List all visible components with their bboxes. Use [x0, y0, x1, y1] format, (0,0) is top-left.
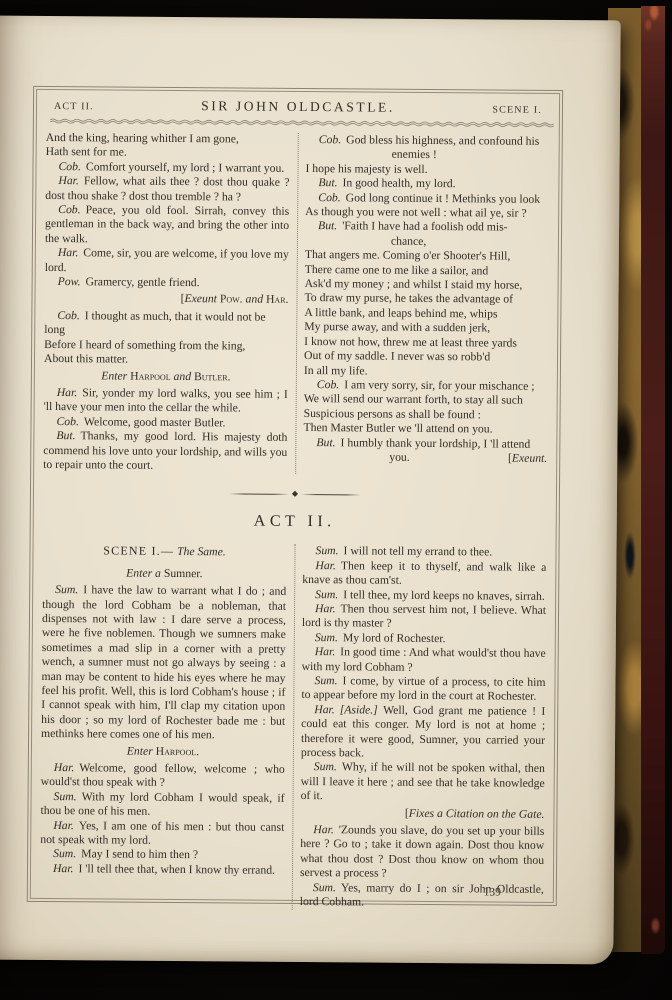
verse-speech: Cob.I thought as much, that it would not…: [44, 309, 288, 369]
speaker-abbrev: Sum.: [313, 881, 336, 894]
aside-direction: [Aside.]: [340, 703, 383, 716]
speaker-abbrev: Cob.: [58, 160, 81, 173]
italic-text: Enter a: [126, 566, 164, 579]
italic-text: Exeunt.: [512, 452, 547, 465]
top-section: And the king, hearing whither I am gone,…: [43, 131, 550, 476]
text: .: [196, 745, 199, 758]
speaker-abbrev: But.: [56, 429, 75, 442]
italic-text: Exeunt: [184, 293, 219, 306]
speaker-abbrev: Sum.: [315, 631, 338, 644]
diamond-icon: ◆: [292, 490, 298, 498]
speech-paragraph: But.Thanks, my good lord. His majesty do…: [43, 429, 287, 474]
italic-text: Enter: [127, 744, 156, 757]
speaker-abbrev: Sum.: [315, 588, 338, 601]
speaker-abbrev: Har.: [54, 761, 75, 774]
verse-line: you.: [303, 450, 410, 465]
italic-text: Fixes a Citation on the Gate.: [409, 806, 545, 820]
speaker-abbrev: Cob.: [56, 415, 79, 428]
speech-paragraph: Sum.I have the law to warrant what I do …: [41, 583, 286, 743]
bottom-section: SCENE I.— The Same.Enter a Sumner.Sum.I …: [40, 542, 547, 911]
speech-paragraph: Har.'Zounds you slave, do you set up you…: [300, 823, 544, 883]
column-divider: [295, 133, 299, 474]
speech-paragraph: Har.Welcome, good fellow, welcome ; who …: [41, 761, 285, 792]
speech-paragraph: Pow.Gramercy, gentle friend.: [45, 275, 289, 291]
speaker-abbrev: Cob.: [57, 309, 80, 322]
speaker-abbrev: Har.: [314, 703, 335, 716]
page-frame-inner: ACT II. SIR JOHN OLDCASTLE. SCENE I. And…: [30, 89, 560, 903]
speaker-abbrev: But.: [318, 176, 337, 189]
act-heading: ACT II.: [43, 511, 547, 533]
speech-paragraph: But.In good health, my lord.: [305, 176, 549, 192]
speech-paragraph: Har.In good time : And what would'st tho…: [302, 645, 546, 676]
header-scene-label: SCENE I.: [492, 104, 542, 115]
verse-speech: But.'Faith I have had a foolish odd mis-…: [304, 219, 549, 379]
verse-line: But.'Faith I have had a foolish odd mis-: [305, 219, 549, 235]
speaker-abbrev: Sum.: [54, 790, 77, 803]
section-divider-ornament: ◆: [43, 488, 547, 500]
italic-text: and: [171, 369, 194, 382]
speech-paragraph: Sum.Yes, marry do I ; on sir John Oldcas…: [300, 881, 544, 912]
verse-line: Cob.God bless his highness, and confound…: [306, 133, 550, 149]
speech-paragraph: Har.Then thou servest him not, I believe…: [302, 602, 546, 633]
stage-direction: [Fixes a Citation on the Gate.: [300, 806, 544, 822]
stage-direction: Enter Harpool.: [41, 744, 285, 760]
speaker-abbrev: Har.: [315, 602, 336, 615]
stage-direction: Enter a Sumner.: [42, 566, 286, 582]
speaker-abbrev: Sum.: [53, 848, 76, 861]
speaker-abbrev: Sum.: [314, 761, 337, 774]
page-frame: ACT II. SIR JOHN OLDCASTLE. SCENE I. And…: [27, 86, 563, 906]
text: .: [228, 370, 231, 383]
book-photo: ACT II. SIR JOHN OLDCASTLE. SCENE I. And…: [0, 0, 672, 1000]
italic-text: Enter: [101, 369, 130, 382]
speech-paragraph: Har.Then keep it to thyself, and walk li…: [302, 559, 546, 590]
speech-paragraph: Sum.With my lord Cobham I would speak, i…: [40, 790, 284, 821]
verse-speech: Cob.God long continue it ! Methinks you …: [305, 191, 549, 222]
speaker-abbrev: Har.: [58, 246, 79, 259]
ornament-rule-left: [229, 493, 289, 494]
stage-direction: [Exeunt Pow. and Har.: [44, 291, 288, 307]
speech-paragraph: Cob.Peace, you old fool. Sirrah, convey …: [45, 203, 289, 248]
speaker-abbrev: But.: [316, 436, 335, 449]
character-name: Harpool: [130, 369, 171, 382]
speech-paragraph: Har.Fellow, what ails thee ? dost thou q…: [45, 174, 289, 205]
page-number: 139: [484, 886, 501, 898]
exit-direction: [Exeunt.: [508, 452, 547, 467]
verse-speech: Cob.God bless his highness, and confound…: [305, 133, 549, 178]
verse-line: That angers me. Coming o'er Shooter's Hi…: [305, 248, 549, 264]
speech-paragraph: Har.I 'll tell thee that, when I know th…: [40, 862, 284, 878]
speaker-abbrev: But.: [318, 220, 337, 233]
character-name: Butler: [194, 370, 228, 383]
column-bottom-right: Sum.I will not tell my errand to thee.Ha…: [300, 544, 547, 911]
character-name: Pow.: [220, 293, 243, 306]
speaker-abbrev: Sum.: [314, 674, 337, 687]
speech-paragraph: Har.Come, sir, you are welcome, if you l…: [45, 246, 289, 277]
speaker-abbrev: Har.: [315, 559, 336, 572]
verse-line: About this matter.: [44, 352, 288, 368]
speaker-abbrev: Cob.: [318, 191, 341, 204]
speaker-abbrev: Sum.: [55, 583, 78, 596]
scene-heading: SCENE I.— The Same.: [42, 543, 286, 560]
speech-paragraph: Sum.Why, if he will not be spoken withal…: [301, 760, 545, 805]
ornament-rule-right: [301, 494, 361, 495]
verse-line: Cob.I thought as much, that it would not…: [44, 309, 288, 340]
speaker-abbrev: Cob.: [317, 378, 340, 391]
speaker-abbrev: Har.: [313, 823, 334, 836]
speaker-abbrev: Cob.: [58, 203, 81, 216]
speech-paragraph: Har.[Aside.] Well, God grant me patience…: [301, 703, 545, 763]
speaker-abbrev: Har.: [315, 645, 336, 658]
column-top-left: And the king, hearing whither I am gone,…: [43, 131, 290, 474]
speech-paragraph: Sum.I will not tell my errand to thee.: [302, 544, 546, 560]
column-divider: [291, 544, 295, 909]
verse-speech: And the king, hearing whither I am gone,…: [46, 131, 290, 162]
book-page: ACT II. SIR JOHN OLDCASTLE. SCENE I. And…: [0, 16, 621, 965]
italic-text: and: [243, 293, 266, 306]
speech-paragraph: Sum.I come, by virtue of a process, to c…: [301, 674, 545, 705]
speaker-abbrev: Sum.: [315, 544, 338, 557]
speech-paragraph: Har.Sir, yonder my lord walks, you see h…: [44, 386, 288, 417]
column-top-right: Cob.God bless his highness, and confound…: [303, 133, 550, 476]
scene-number: SCENE I.—: [103, 544, 174, 559]
speech-paragraph: Har.Yes, I am one of his men : but thou …: [40, 819, 284, 850]
running-header: ACT II. SIR JOHN OLDCASTLE. SCENE I.: [46, 97, 550, 121]
character-name: Har.: [266, 293, 289, 306]
speaker-abbrev: Har.: [53, 862, 74, 875]
character-name: Harpool: [156, 744, 197, 757]
speaker-abbrev: Har.: [57, 386, 78, 399]
speaker-abbrev: Pow.: [58, 275, 81, 288]
scene-location: The Same.: [174, 545, 226, 558]
stage-direction: Enter Harpool and Butler.: [44, 368, 288, 384]
column-bottom-left: SCENE I.— The Same.Enter a Sumner.Sum.I …: [40, 542, 287, 909]
verse-line: Out of my saddle. I never was so robb'd: [304, 349, 548, 365]
verse-line-with-exit: you.[Exeunt.: [303, 450, 547, 466]
book-spine: [641, 6, 665, 954]
verse-line: My purse away, and with a sudden jerk,: [304, 320, 548, 336]
speaker-abbrev: Har.: [53, 819, 74, 832]
speaker-abbrev: Cob.: [319, 133, 342, 146]
verse-line: We will send our warrant forth, to stay …: [304, 392, 548, 408]
text: Sumner.: [164, 567, 203, 580]
header-act-label: ACT II.: [54, 101, 94, 112]
verse-speech: Cob.I am very sorry, sir, for your misch…: [303, 378, 547, 438]
speaker-abbrev: Har.: [58, 174, 79, 187]
verse-line: Then Master Butler we 'll attend on you.: [303, 421, 547, 437]
page-title: SIR JOHN OLDCASTLE.: [46, 97, 550, 117]
